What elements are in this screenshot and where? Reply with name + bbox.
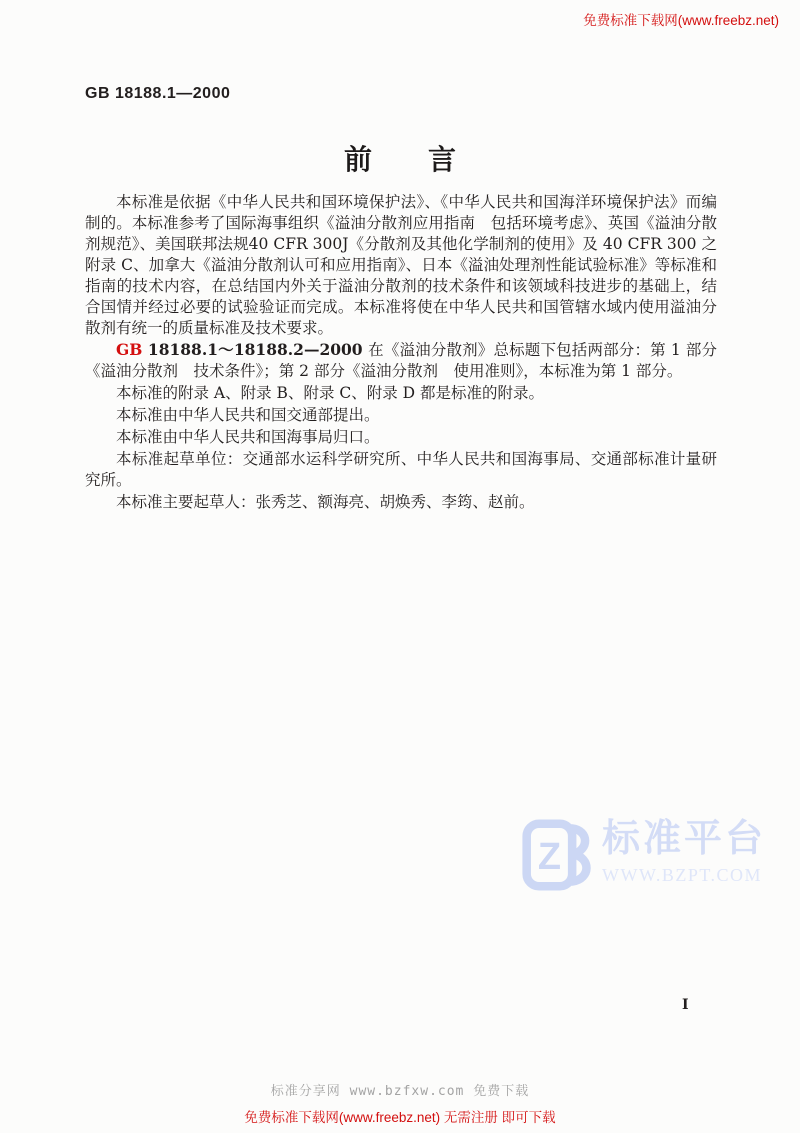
watermark-url: WWW.BZPT.COM: [602, 865, 766, 886]
foreword-body: 本标准是依据《中华人民共和国环境保护法》、《中华人民共和国海洋环境保护法》而编制…: [85, 192, 717, 513]
watermark-name: 标准平台: [602, 818, 766, 862]
paragraph-annexes: 本标准的附录 A、附录 B、附录 C、附录 D 都是标准的附录。: [85, 383, 717, 404]
footer-share-url: 标准分享网 www.bzfxw.com 免费下载: [0, 1080, 800, 1099]
standard-range: 18188.1～18188.2—2000: [142, 340, 368, 359]
page-title: 前 言: [0, 138, 800, 178]
paragraph-drafting-units: 本标准起草单位：交通部水运科学研究所、中华人民共和国海事局、交通部标准计量研究所…: [85, 449, 717, 491]
standard-number: GB 18188.1—2000: [85, 85, 230, 103]
page-number: Ⅰ: [682, 997, 689, 1013]
paragraph-drafters: 本标准主要起草人：张秀芝、额海亮、胡焕秀、李筠、赵前。: [85, 492, 717, 513]
footer-download-url: 免费标准下载网(www.freebz.net) 无需注册 即可下载: [0, 1106, 800, 1126]
paragraph-centralized-by: 本标准由中华人民共和国海事局归口。: [85, 427, 717, 448]
watermark: Z 标准平台 WWW.BZPT.COM: [521, 818, 766, 896]
paragraph-parts: GB 18188.1～18188.2—2000 在《溢油分散剂》总标题下包括两部…: [85, 339, 717, 382]
paragraph-proposed-by: 本标准由中华人民共和国交通部提出。: [85, 405, 717, 426]
document-page: 免费标准下载网(www.freebz.net) GB 18188.1—2000 …: [0, 0, 800, 1133]
paragraph-intro: 本标准是依据《中华人民共和国环境保护法》、《中华人民共和国海洋环境保护法》而编制…: [85, 192, 717, 339]
gb-red-label: GB: [116, 340, 142, 359]
bzpt-logo-icon: Z: [521, 818, 593, 896]
top-banner-url: 免费标准下载网(www.freebz.net): [583, 9, 779, 29]
svg-text:Z: Z: [538, 836, 561, 878]
